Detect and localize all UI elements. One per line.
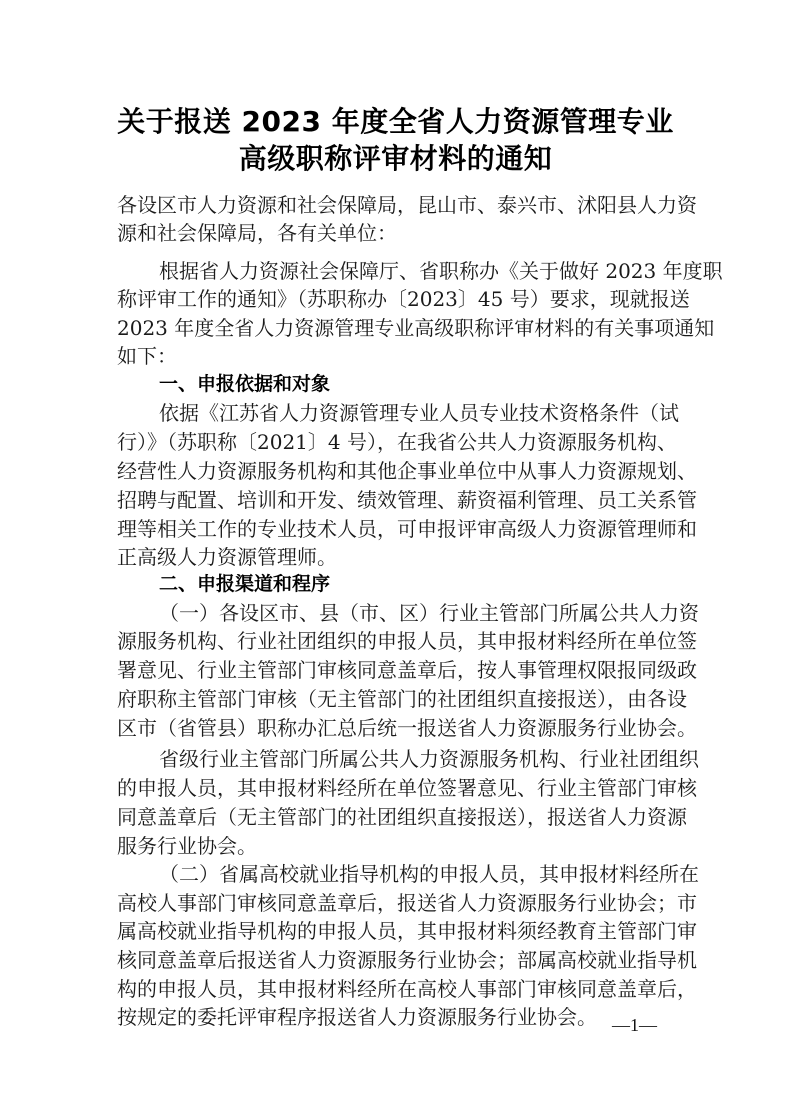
text-line: 根据省人力资源社会保障厅、省职称办《关于做好 2023 年度职 [159,257,673,285]
document-title-line-2: 高级职称评审材料的通知 [0,142,791,176]
text-line: 署意见、行业主管部门审核同意盖章后，按人事管理权限报同级政 [117,656,673,684]
text-line: 的申报人员，其申报材料经所在单位签署意见、行业主管部门审核 [117,774,673,802]
text-line: 招聘与配置、培训和开发、绩效管理、薪资福利管理、员工关系管 [117,486,673,514]
text-line: 同意盖章后（无主管部门的社团组织直接报送），报送省人力资源 [117,803,673,831]
text-line: 按规定的委托评审程序报送省人力资源服务行业协会。 [117,1003,673,1031]
text-line: （二）省属高校就业指导机构的申报人员，其申报材料经所在 [159,860,673,888]
text-line: 2023 年度全省人力资源管理专业高级职称评审材料的有关事项通知 [117,314,673,342]
text-line: 构的申报人员，其申报材料经所在高校人事部门审核同意盖章后， [117,975,673,1003]
text-line: 核同意盖章后报送省人力资源服务行业协会；部属高校就业指导机 [117,946,673,974]
text-line: 行）》（苏职称〔2021〕4 号），在我省公共人力资源服务机构、 [117,428,673,456]
text-line: 源和社会保障局，各有关单位： [117,219,673,247]
text-line: 高校人事部门审核同意盖章后，报送省人力资源服务行业协会；市 [117,889,673,917]
text-line: 经营性人力资源服务机构和其他企事业单位中从事人力资源规划、 [117,457,673,485]
document-page: 关于报送 2023 年度全省人力资源管理专业 高级职称评审材料的通知 各设区市人… [0,0,791,1118]
text-line: 服务行业协会。 [117,832,673,860]
text-line: 如下： [117,342,673,370]
text-line: 理等相关工作的专业技术人员，可申报评审高级人力资源管理师和 [117,515,673,543]
text-line: 属高校就业指导机构的申报人员，其申报材料须经教育主管部门审 [117,917,673,945]
section-heading-1: 一、申报依据和对象 [159,370,330,398]
text-line: 府职称主管部门审核（无主管部门的社团组织直接报送），由各设 [117,685,673,713]
text-line: 各设区市人力资源和社会保障局，昆山市、泰兴市、沭阳县人力资 [117,191,673,219]
text-line: （一）各设区市、县（市、区）行业主管部门所属公共人力资 [159,599,673,627]
text-line: 正高级人力资源管理师。 [117,543,673,571]
section-heading-2: 二、申报渠道和程序 [159,570,330,598]
text-line: 省级行业主管部门所属公共人力资源服务机构、行业社团组织 [159,745,673,773]
text-line: 依据《江苏省人力资源管理专业人员专业技术资格条件（试 [159,399,673,427]
document-title-line-1: 关于报送 2023 年度全省人力资源管理专业 [0,105,791,139]
text-line: 区市（省管县）职称办汇总后统一报送省人力资源服务行业协会。 [117,714,673,742]
text-line: 源服务机构、行业社团组织的申报人员，其申报材料经所在单位签 [117,627,673,655]
text-line: 称评审工作的通知》（苏职称办〔2023〕45 号）要求，现就报送 [117,285,673,313]
page-number: —1— [612,1013,657,1037]
